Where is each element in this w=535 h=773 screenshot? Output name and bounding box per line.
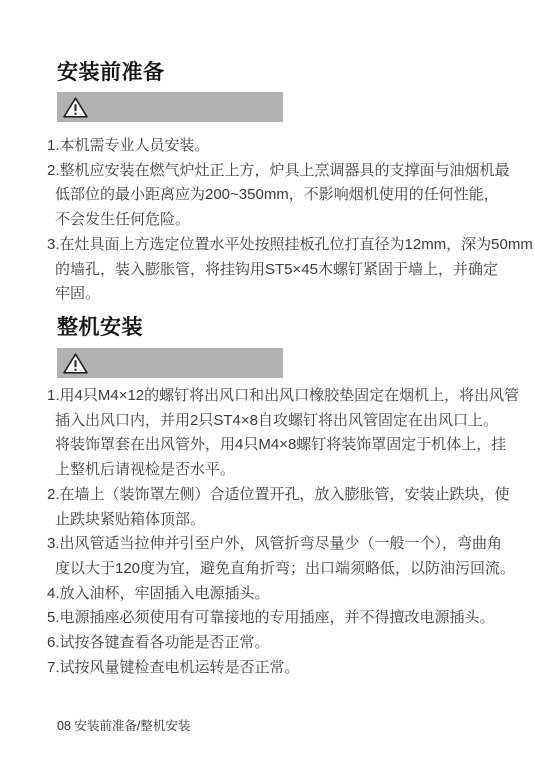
manual-step: 1.本机需专业人员安装。 (47, 134, 535, 159)
manual-step: 6.试按各键查看各功能是否正常。 (47, 631, 535, 656)
warning-triangle-icon (62, 352, 89, 375)
manual-step: 7.试按风量键检查电机运转是否正常。 (47, 656, 535, 681)
whole-machine-installation-steps: 1.用4只M4×12的螺钉将出风口和出风口橡胶垫固定在烟机上，将出风管 插入出风… (47, 384, 535, 680)
manual-page: 安装前准备 1.本机需专业人员安装。2.整机应安装在燃气炉灶正上方，炉具上烹调器… (0, 0, 535, 773)
warning-banner (57, 92, 283, 122)
section-title-pre-installation: 安装前准备 (57, 61, 165, 85)
manual-step: 2.整机应安装在燃气炉灶正上方，炉具上烹调器具的支撑面与油烟机最 低部位的最小距… (47, 159, 535, 233)
warning-triangle-icon (62, 96, 89, 119)
manual-step: 5.电源插座必须使用有可靠接地的专用插座，并不得擅改电源插头。 (47, 606, 535, 631)
manual-step: 4.放入油杯，牢固插入电源插头。 (47, 582, 535, 607)
manual-step: 3.出风管适当拉伸并引至户外，风管折弯尽量少（一般一个），弯曲角 度以大于120… (47, 532, 535, 581)
manual-step: 3.在灶具面上方选定位置水平处按照挂板孔位打直径为12mm，深为50mm 的墙孔… (47, 233, 535, 307)
pre-installation-steps: 1.本机需专业人员安装。2.整机应安装在燃气炉灶正上方，炉具上烹调器具的支撑面与… (47, 134, 535, 307)
warning-banner (57, 348, 283, 378)
section-title-whole-machine-installation: 整机安装 (57, 316, 143, 340)
page-footer: 08 安装前准备/整机安装 (57, 719, 190, 734)
manual-step: 1.用4只M4×12的螺钉将出风口和出风口橡胶垫固定在烟机上，将出风管 插入出风… (47, 384, 535, 483)
manual-step: 2.在墙上（装饰罩左侧）合适位置开孔，放入膨胀管，安装止跌块，使 止跌块紧贴箱体… (47, 483, 535, 532)
